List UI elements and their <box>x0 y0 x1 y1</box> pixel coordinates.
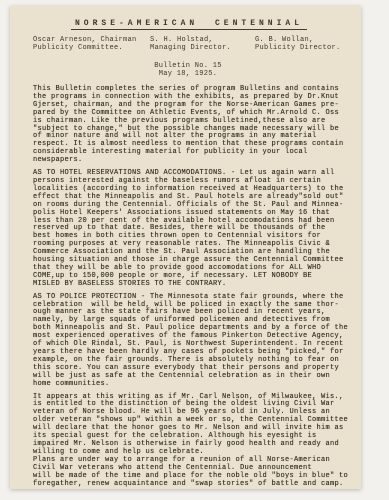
document-title: NORSE-AMERICAN CENTENNIAL <box>71 19 307 30</box>
masthead-chairman: Oscar Arneson, Chairman Publicity Commit… <box>33 36 137 52</box>
masthead-managing-director-role: Managing Director. <box>150 44 231 52</box>
masthead-managing-director: S. H. Holstad, Managing Director. <box>150 36 231 52</box>
paragraph-police-protection: AS TO POLICE PROTECTION - The Minnesota … <box>33 294 355 389</box>
bulletin-heading: Bulletin No. 15 May 18, 1925. <box>33 62 343 78</box>
document-body: This Bulletin completes the series of pr… <box>33 86 355 488</box>
masthead-publicity-director-role: Publicity Director. <box>255 44 341 52</box>
document-header: NORSE-AMERICAN CENTENNIAL <box>33 12 345 30</box>
document-page: NORSE-AMERICAN CENTENNIAL Oscar Arneson,… <box>10 6 361 489</box>
masthead-chairman-name: Oscar Arneson, Chairman <box>33 36 137 44</box>
masthead-publicity-director-name: G. B. Wollan, <box>255 36 341 44</box>
masthead-managing-director-name: S. H. Holstad, <box>150 36 231 44</box>
masthead-publicity-director: G. B. Wollan, Publicity Director. <box>255 36 341 52</box>
paragraph-intro-programs: This Bulletin completes the series of pr… <box>33 86 355 165</box>
bulletin-number: Bulletin No. 15 <box>33 62 343 70</box>
paragraph-civil-war-veterans: It appears at this writing as if Mr. Car… <box>33 394 355 489</box>
paragraph-hotel-reservations: AS TO HOTEL RESERVATIONS AND ACCOMODATIO… <box>33 170 355 289</box>
masthead-chairman-role: Publicity Committee. <box>33 44 137 52</box>
bulletin-date: May 18, 1925. <box>33 70 343 78</box>
masthead: Oscar Arneson, Chairman Publicity Commit… <box>33 36 355 53</box>
